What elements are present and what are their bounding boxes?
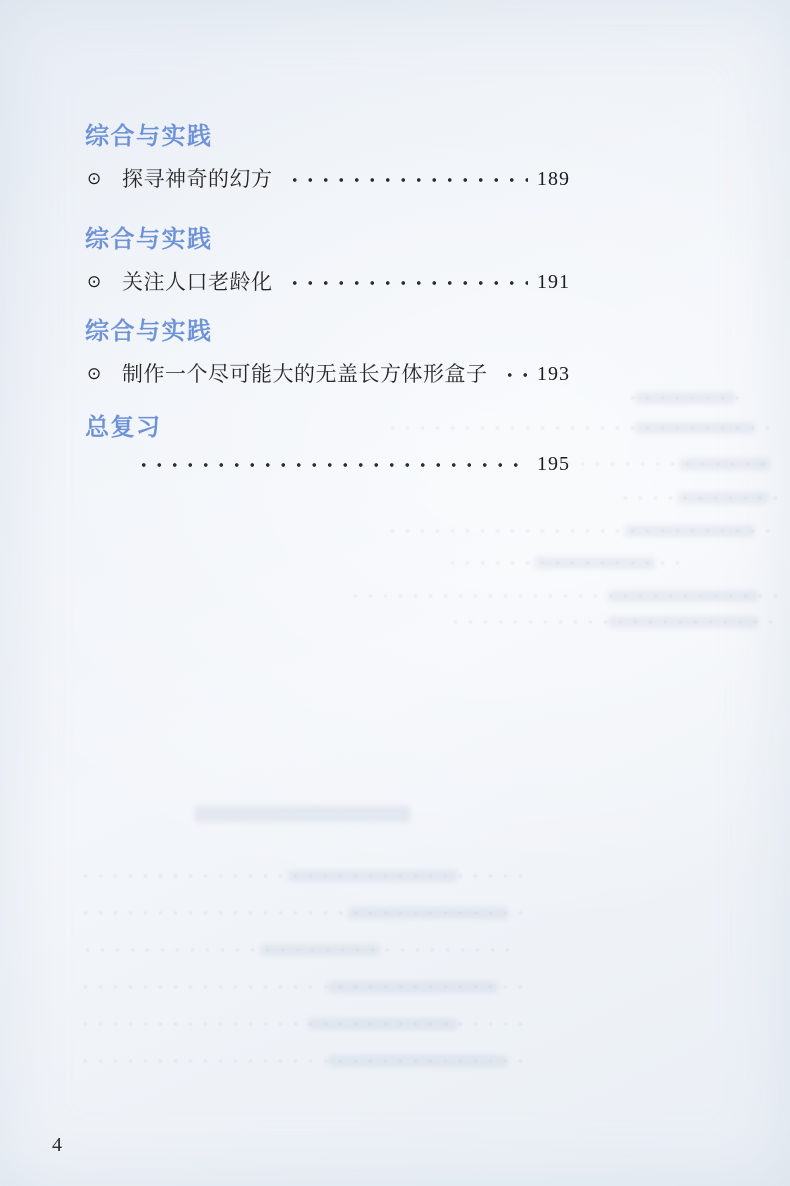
circled-dot-bullet: ⊙: [85, 267, 122, 297]
bleed-through-heading: [195, 806, 410, 822]
bleed-through-line: [78, 868, 523, 884]
circled-dot-bullet: ⊙: [85, 164, 122, 194]
toc-entry-title: 关注人口老龄化: [122, 267, 273, 297]
bleed-through-line: [625, 390, 745, 406]
dot-leader: [136, 454, 528, 476]
bleed-through-line: [78, 979, 523, 995]
bleed-through-line: [560, 456, 775, 472]
bleed-through-line: [618, 490, 778, 506]
toc-entry-title: 探寻神奇的幻方: [122, 164, 273, 194]
toc-entry-title: 制作一个尽可能大的无盖长方体形盒子: [122, 359, 488, 389]
bleed-through-line: [348, 588, 778, 604]
dot-leader: [502, 364, 529, 386]
bleed-through-line: [78, 905, 523, 921]
toc-entry-page-number: 189: [537, 164, 570, 194]
toc-entry: ⊙ 关注人口老龄化 191: [85, 267, 570, 297]
toc-section: 综合与实践 ⊙ 关注人口老龄化 191: [85, 225, 570, 297]
toc-section: 综合与实践 ⊙ 探寻神奇的幻方 189: [85, 122, 570, 194]
toc-entry: 195: [85, 449, 570, 479]
section-heading: 综合与实践: [85, 122, 570, 152]
scanned-book-page: 综合与实践 ⊙ 探寻神奇的幻方 189 综合与实践 ⊙ 关注人口老龄化 191 …: [0, 0, 790, 1186]
dot-leader: [287, 169, 529, 191]
bleed-through-line: [80, 942, 518, 958]
section-heading: 综合与实践: [85, 225, 570, 255]
bleed-through-line: [445, 555, 680, 571]
bleed-through-line: [78, 1016, 526, 1032]
bleed-through-line: [385, 523, 780, 539]
toc-entry: ⊙ 探寻神奇的幻方 189: [85, 164, 570, 194]
toc-entry-page-number: 195: [537, 449, 570, 479]
toc-section: 总复习 195: [85, 413, 570, 479]
section-heading: 综合与实践: [85, 317, 570, 347]
toc-section: 综合与实践 ⊙ 制作一个尽可能大的无盖长方体形盒子 193: [85, 317, 570, 389]
section-heading: 总复习: [85, 413, 570, 443]
circled-dot-bullet: ⊙: [85, 359, 122, 389]
toc-entry-page-number: 193: [537, 359, 570, 389]
bleed-through-line: [78, 1053, 533, 1069]
bleed-through-line: [448, 614, 778, 630]
table-of-contents: 综合与实践 ⊙ 探寻神奇的幻方 189 综合与实践 ⊙ 关注人口老龄化 191 …: [85, 122, 570, 479]
toc-entry-page-number: 191: [537, 267, 570, 297]
dot-leader: [287, 272, 529, 294]
folio-page-number: 4: [52, 1134, 62, 1157]
toc-entry: ⊙ 制作一个尽可能大的无盖长方体形盒子 193: [85, 359, 570, 389]
